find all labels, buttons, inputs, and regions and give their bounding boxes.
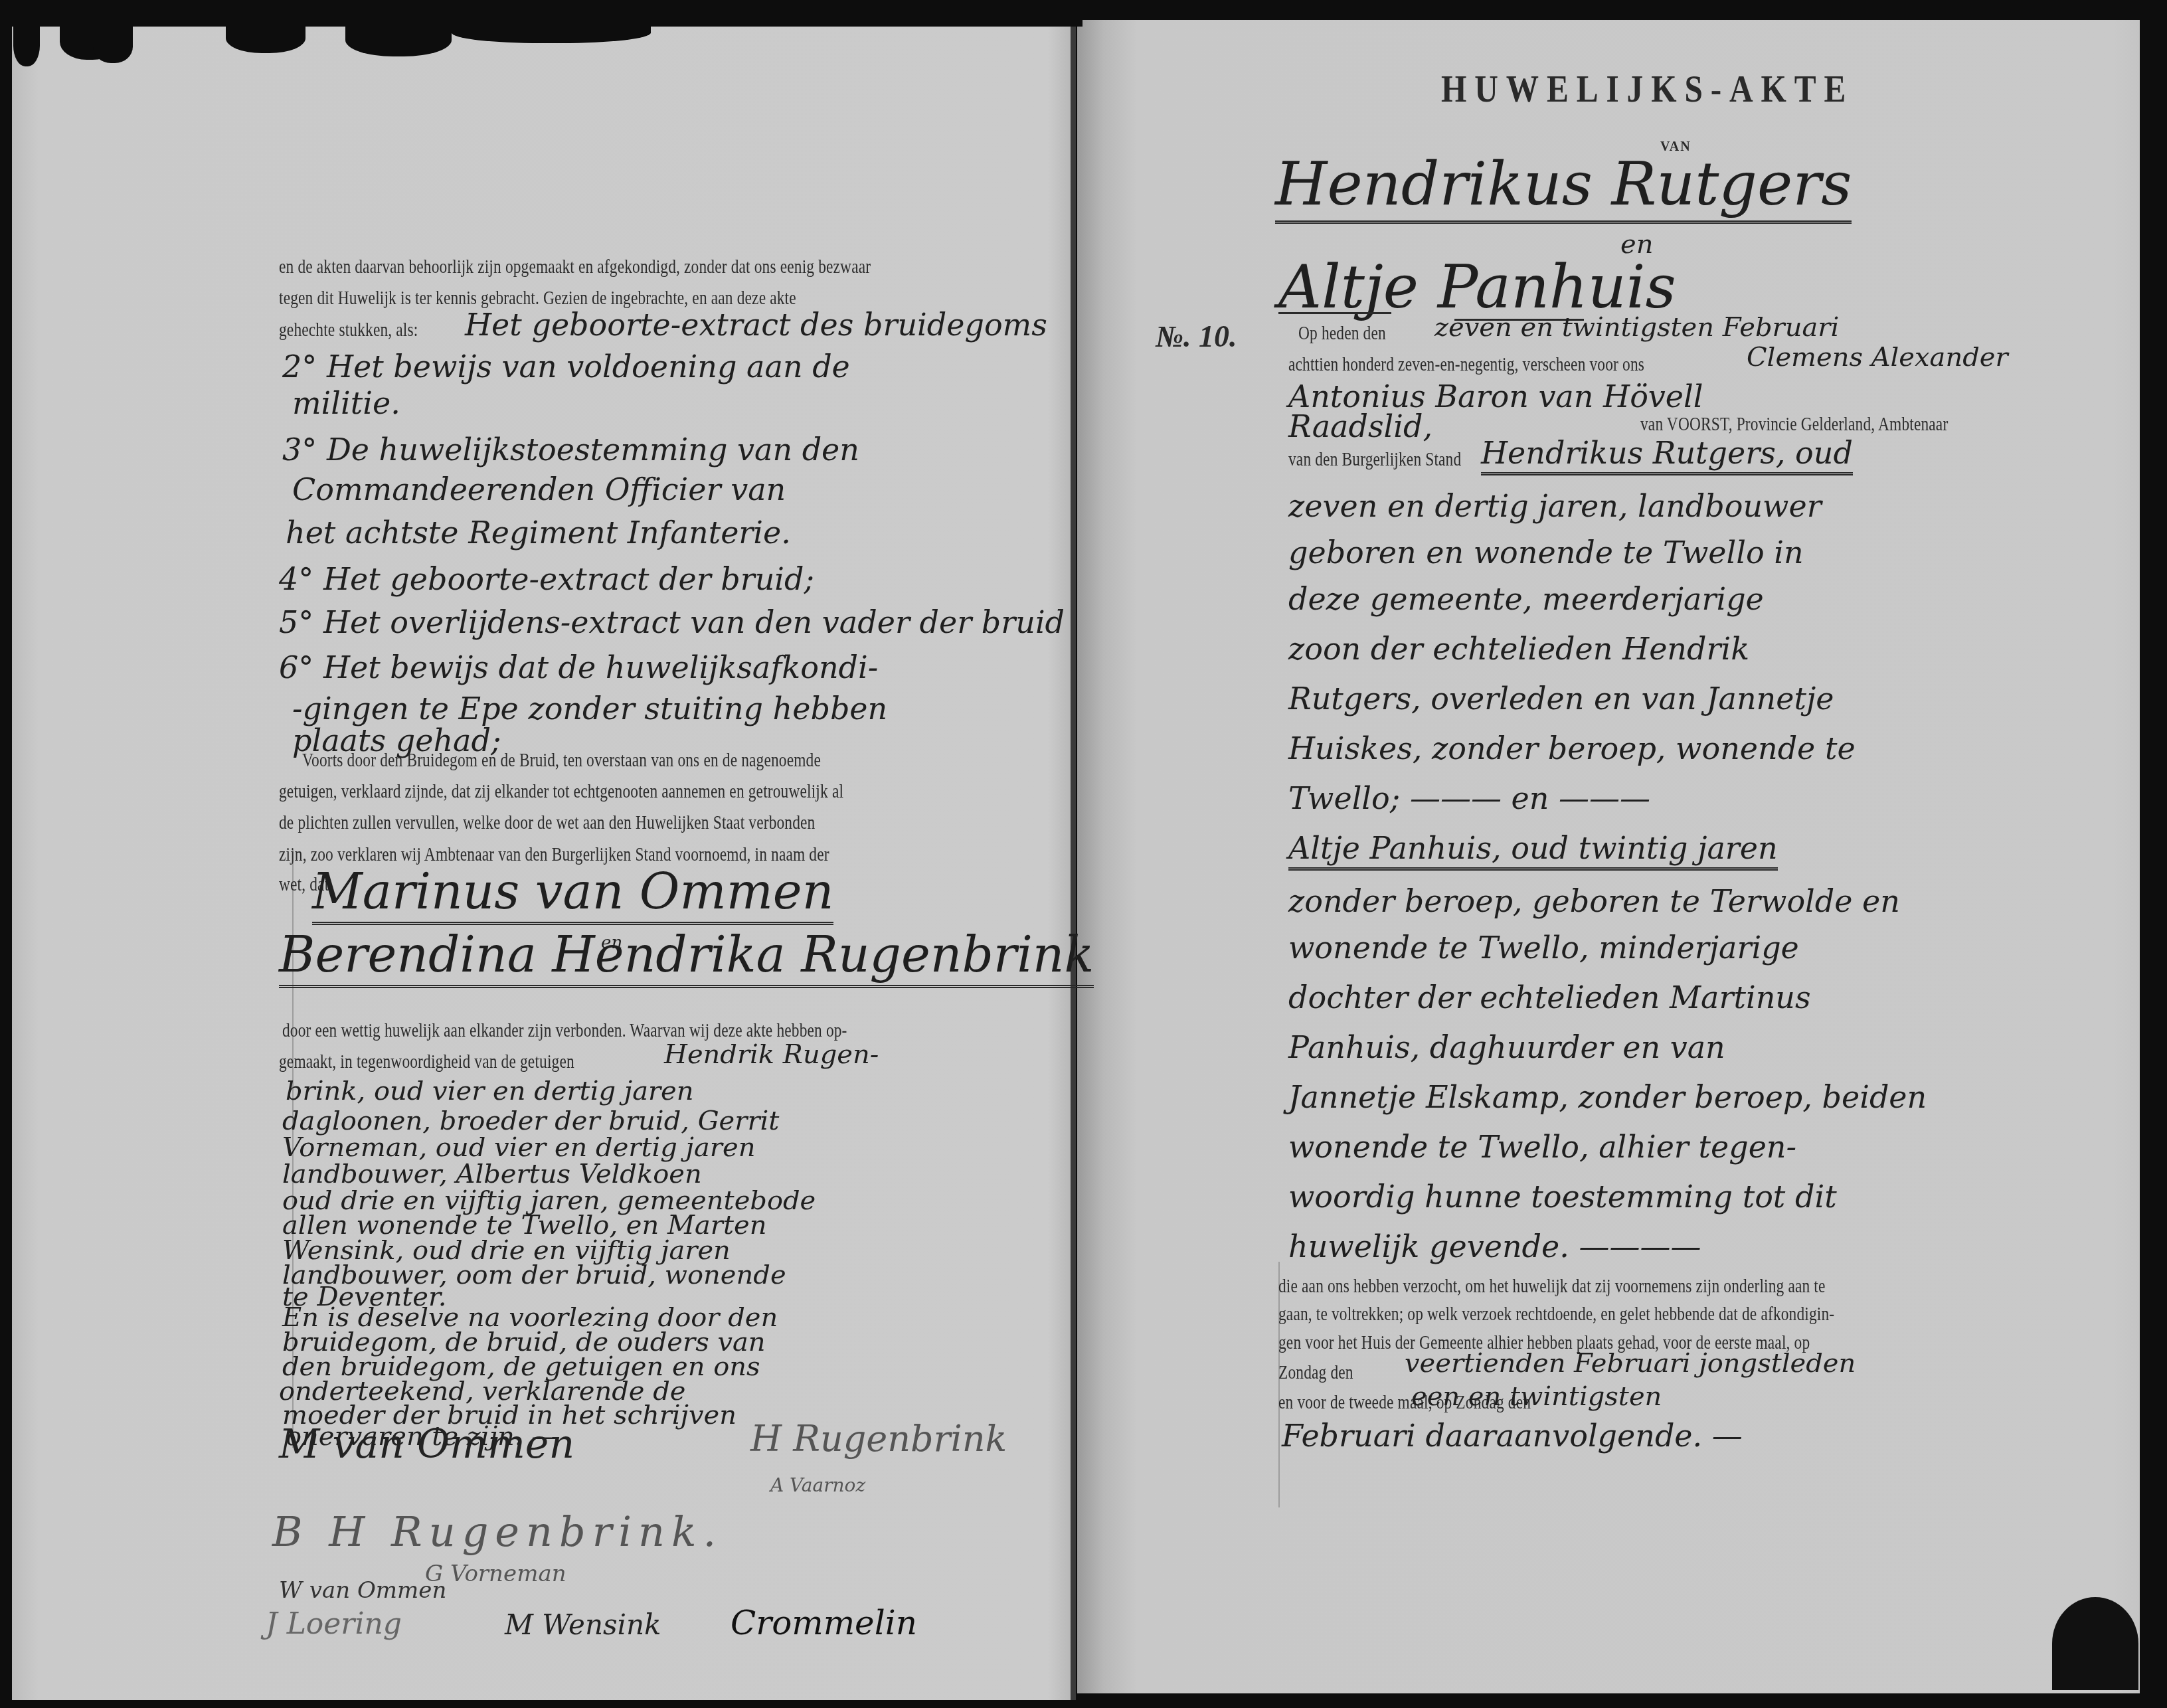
printed-line: gemaakt, in tegenwoordigheid van de getu… xyxy=(279,1051,574,1073)
act-number: №. 10. xyxy=(1156,319,1237,354)
handwritten-line: wonende te Twello, minderjarige xyxy=(1288,930,1799,966)
handwritten-line: wonende te Twello, alhier tegen- xyxy=(1288,1129,1796,1165)
signature: J Loering xyxy=(266,1607,402,1641)
signature: H Rugenbrink xyxy=(750,1418,1007,1460)
handwritten-line: 5° Het overlijdens-extract van den vader… xyxy=(279,604,1065,640)
handwritten-line: huwelijk gevende. ———— xyxy=(1288,1229,1701,1264)
printed-line: achttien honderd zeven-en-negentig, vers… xyxy=(1288,353,1644,376)
handwritten-line: zeven en twintigsten Februari xyxy=(1434,312,1839,343)
corner-damage xyxy=(2052,1597,2138,1690)
printed-line: Op heden den xyxy=(1298,322,1386,345)
handwritten-line: 4° Het geboorte-extract der bruid; xyxy=(279,561,814,597)
signature: M van Ommen xyxy=(279,1421,574,1468)
handwritten-line: woordig hunne toestemming tot dit xyxy=(1288,1179,1837,1215)
groom-name-left: Marinus van Ommen xyxy=(312,863,833,925)
underline xyxy=(1278,312,1391,314)
printed-line: door een wettig huwelijk aan elkander zi… xyxy=(282,1019,847,1042)
document-title: HUWELIJKS-AKTE xyxy=(1441,66,1854,111)
bride-name-left: Berendina Hendrika Rugenbrink xyxy=(279,926,1094,988)
printed-line: tegen dit Huwelijk is ter kennis gebrach… xyxy=(279,287,796,309)
handwritten-line: Clemens Alexander xyxy=(1747,342,2008,373)
handwritten-line: Rutgers, overleden en van Jannetje xyxy=(1288,681,1834,717)
handwritten-line: Het geboorte-extract des bruidegoms xyxy=(465,307,1047,343)
printed-line: de plichten zullen vervullen, welke door… xyxy=(279,811,815,834)
torn-edge-damage xyxy=(452,20,651,43)
printed-line: van den Burgerlijken Stand xyxy=(1288,448,1461,471)
page-gutter xyxy=(1071,20,1076,1700)
signature: M Wensink xyxy=(505,1608,661,1641)
handwritten-line: dochter der echtelieden Martinus xyxy=(1288,980,1811,1015)
signature: A Vaarnoz xyxy=(770,1474,865,1496)
handwritten-line: brink, oud vier en dertig jaren xyxy=(286,1076,694,1106)
signature: B H Rugenbrink. xyxy=(272,1507,723,1556)
handwritten-line: Februari daaraanvolgende. — xyxy=(1282,1418,1743,1454)
printed-line: en de akten daarvan behoorlijk zijn opge… xyxy=(279,256,871,278)
handwritten-line: deze gemeente, meerderjarige xyxy=(1288,581,1764,617)
handwritten-line: Twello; ——— en ——— xyxy=(1288,780,1650,816)
torn-edge-damage xyxy=(13,20,40,66)
handwritten-line: het achtste Regiment Infanterie. xyxy=(286,515,791,551)
printed-line: gehechte stukken, als: xyxy=(279,319,418,341)
signature: W van Ommen xyxy=(279,1577,446,1604)
right-margin-rule xyxy=(1278,1262,1280,1507)
handwritten-line: veertienden Februari jongstleden xyxy=(1405,1348,1856,1379)
handwritten-line: -gingen te Epe zonder stuiting hebben xyxy=(292,691,887,726)
signature: Crommelin xyxy=(731,1604,917,1642)
torn-edge-damage xyxy=(657,20,1083,27)
signature: G Vorneman xyxy=(425,1561,566,1587)
handwritten-line: 6° Het bewijs dat de huwelijksafkondi- xyxy=(279,649,878,685)
groom-heading: Hendrikus Rutgers xyxy=(1275,149,1852,224)
handwritten-line: 3° De huwelijkstoestemming van den xyxy=(282,432,859,468)
handwritten-line: zonder beroep, geboren te Terwolde en xyxy=(1288,883,1900,919)
printed-line: zijn, zoo verklaren wij Ambtenaar van de… xyxy=(279,843,829,866)
handwritten-line: Huiskes, zonder beroep, wonende te xyxy=(1288,730,1856,766)
printed-line: getuigen, verklaard zijnde, dat zij elka… xyxy=(279,780,843,803)
handwritten-line: Hendrikus Rutgers, oud xyxy=(1481,435,1853,475)
handwritten-line: Hendrik Rugen- xyxy=(664,1039,879,1070)
handwritten-line: Raadslid, xyxy=(1288,408,1432,444)
printed-line: Voorts door den Bruidegom en de Bruid, t… xyxy=(302,749,821,772)
printed-line: Zondag den xyxy=(1278,1361,1353,1384)
torn-edge-damage xyxy=(226,20,305,53)
handwritten-line: Commandeerenden Officier van xyxy=(292,471,786,507)
printed-line: die aan ons hebben verzocht, om het huwe… xyxy=(1278,1275,1826,1298)
handwritten-line: zoon der echtelieden Hendrik xyxy=(1288,631,1749,667)
handwritten-line: Panhuis, daghuurder en van xyxy=(1288,1029,1725,1065)
printed-line: van VOORST, Provincie Gelderland, Ambten… xyxy=(1640,413,1948,436)
printed-line: gaan, te voltrekken; op welk verzoek rec… xyxy=(1278,1303,1834,1325)
handwritten-line: een en twintigsten xyxy=(1411,1381,1662,1412)
handwritten-line: Altje Panhuis, oud twintig jaren xyxy=(1288,830,1778,871)
handwritten-line: geboren en wonende te Twello in xyxy=(1288,535,1804,570)
handwritten-line: 2° Het bewijs van voldoening aan de xyxy=(282,349,850,384)
torn-edge-damage xyxy=(93,27,133,63)
handwritten-line: Jannetje Elskamp, zonder beroep, beiden xyxy=(1288,1079,1927,1115)
torn-edge-damage xyxy=(345,20,452,56)
handwritten-line: zeven en dertig jaren, landbouwer xyxy=(1288,488,1822,524)
handwritten-line: militie. xyxy=(292,385,400,421)
